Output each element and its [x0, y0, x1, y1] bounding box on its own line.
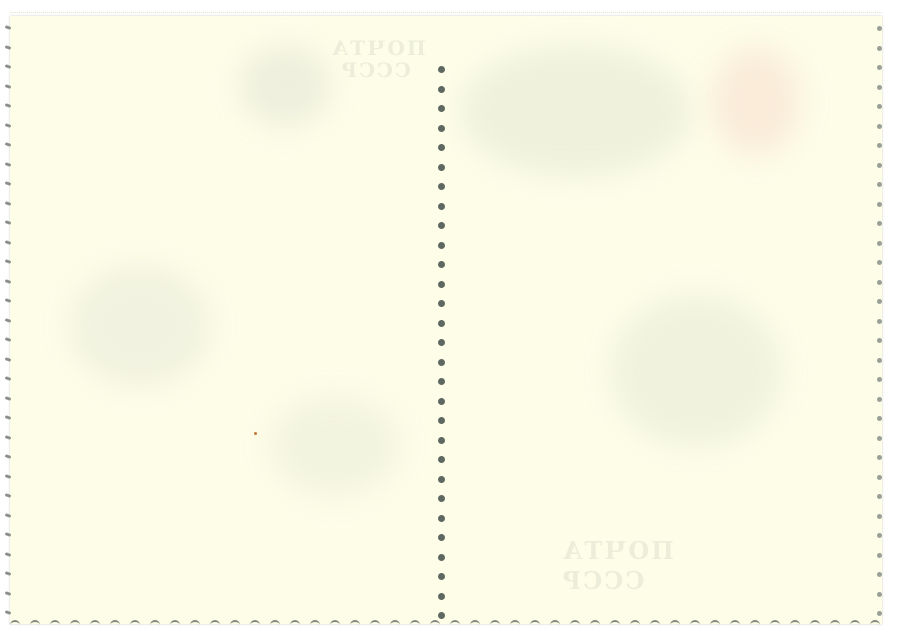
perforation-hole [877, 202, 882, 207]
perforation-hole [877, 163, 882, 168]
perforation-hole [5, 64, 12, 69]
left-perforation [2, 16, 14, 624]
perforation-hole [877, 592, 882, 597]
perforation-tooth [510, 620, 520, 628]
perforation-tooth [290, 620, 300, 628]
perforation-hole [5, 181, 12, 186]
perforation-tooth [210, 620, 220, 628]
perforation-tooth [150, 620, 160, 628]
perforation-tooth [130, 620, 140, 628]
perforation-tooth [410, 620, 420, 628]
paper-fleck [254, 432, 257, 435]
stamp-left-back: ПОЧТА СССР [10, 16, 441, 624]
perforation-tooth [730, 620, 740, 628]
perforation-tooth [750, 620, 760, 628]
perforation-tooth [230, 620, 240, 628]
perforation-hole [5, 610, 12, 615]
perforation-tooth [830, 620, 840, 628]
perforation-hole [877, 416, 882, 421]
show-through-text: ПОЧТА [330, 36, 426, 60]
perforation-hole [5, 123, 12, 128]
perforation-tooth [110, 620, 120, 628]
perforation-tooth [30, 620, 40, 628]
perforation-tooth [690, 620, 700, 628]
show-through-blotch [240, 46, 330, 126]
show-through-blotch [611, 296, 781, 446]
perforation-tooth [250, 620, 260, 628]
perforation-tooth [850, 620, 860, 628]
perforation-tooth [790, 620, 800, 628]
perforation-tooth [270, 620, 280, 628]
perforation-hole [877, 358, 882, 363]
perforation-hole [877, 46, 882, 51]
perforation-tooth [170, 620, 180, 628]
perforation-tooth [530, 620, 540, 628]
perforation-tooth [670, 620, 680, 628]
perforation-hole [877, 397, 882, 402]
perforation-hole [877, 611, 882, 616]
show-through-blotch [270, 396, 400, 496]
perforation-hole [5, 142, 12, 147]
perforation-hole [877, 143, 882, 148]
perforation-hole [5, 532, 12, 537]
perforation-tooth [870, 620, 880, 628]
perforation-tooth [630, 620, 640, 628]
perforation-hole [877, 455, 882, 460]
perforation-hole [877, 553, 882, 558]
show-through-red-blotch [711, 46, 801, 156]
perforation-hole [877, 260, 882, 265]
perforation-hole [5, 259, 12, 264]
perforation-tooth [610, 620, 620, 628]
perforation-hole [877, 494, 882, 499]
perforation-tooth [10, 620, 20, 628]
perforation-hole [5, 493, 12, 498]
perforation-hole [877, 124, 882, 129]
show-through-text: СССР [340, 58, 411, 82]
perforation-hole [877, 65, 882, 70]
perforation-hole [5, 279, 12, 284]
show-through-text: СССР [561, 566, 644, 595]
scan-background: ПОЧТА СССР ПОЧТА СССР [0, 0, 906, 641]
perforation-tooth [590, 620, 600, 628]
perforation-tooth [350, 620, 360, 628]
perforation-hole [5, 415, 12, 420]
perforation-tooth [390, 620, 400, 628]
show-through-blotch [461, 46, 691, 176]
perforation-hole [877, 299, 882, 304]
perforation-tooth [50, 620, 60, 628]
perforation-hole [877, 514, 882, 519]
perforation-tooth [490, 620, 500, 628]
perforation-hole [877, 182, 882, 187]
perforation-hole [5, 45, 12, 50]
perforation-hole [5, 318, 12, 323]
perforation-hole [5, 376, 12, 381]
perforation-hole [5, 454, 12, 459]
perforation-hole [5, 220, 12, 225]
perforation-hole [5, 591, 12, 596]
perforation-tooth [770, 620, 780, 628]
perforation-hole [5, 298, 12, 303]
perforation-tooth [70, 620, 80, 628]
perforation-tooth [430, 620, 440, 628]
perforation-hole [877, 319, 882, 324]
perforation-hole [877, 338, 882, 343]
perforation-hole [5, 396, 12, 401]
bottom-perforation-edge [10, 618, 882, 632]
stamp-right-back: ПОЧТА СССР [441, 16, 882, 624]
perforation-tooth [810, 620, 820, 628]
perforation-hole [5, 84, 12, 89]
perforation-tooth [90, 620, 100, 628]
perforation-hole [5, 201, 12, 206]
perforation-hole [5, 513, 12, 518]
perforation-tooth [650, 620, 660, 628]
perforation-hole [5, 337, 12, 342]
perforation-tooth [570, 620, 580, 628]
perforation-hole [877, 104, 882, 109]
perforation-hole [5, 552, 12, 557]
perforation-hole [877, 436, 882, 441]
perforation-hole [5, 240, 12, 245]
show-through-text: ПОЧТА [561, 536, 674, 565]
perforation-hole [877, 241, 882, 246]
perforation-hole [877, 572, 882, 577]
perforation-hole [5, 162, 12, 167]
stamp-pair-back: ПОЧТА СССР ПОЧТА СССР [10, 16, 882, 624]
perforation-tooth [190, 620, 200, 628]
perforation-hole [5, 435, 12, 440]
perforation-hole [877, 475, 882, 480]
perforation-tooth [330, 620, 340, 628]
perforation-hole [877, 280, 882, 285]
perforation-hole [877, 533, 882, 538]
perforation-hole [877, 221, 882, 226]
perforation-hole [877, 26, 882, 31]
right-perforation [874, 16, 886, 624]
perforation-hole [5, 571, 12, 576]
perforation-hole [877, 85, 882, 90]
perforation-hole [877, 377, 882, 382]
perforation-hole [5, 357, 12, 362]
perforation-hole [5, 103, 12, 108]
perforation-tooth [710, 620, 720, 628]
perforation-tooth [370, 620, 380, 628]
perforation-tooth [310, 620, 320, 628]
perforation-hole [5, 474, 12, 479]
perforation-tooth [450, 620, 460, 628]
perforation-hole [5, 25, 12, 30]
perforation-tooth [470, 620, 480, 628]
perforation-tooth [550, 620, 560, 628]
show-through-blotch [70, 266, 210, 386]
